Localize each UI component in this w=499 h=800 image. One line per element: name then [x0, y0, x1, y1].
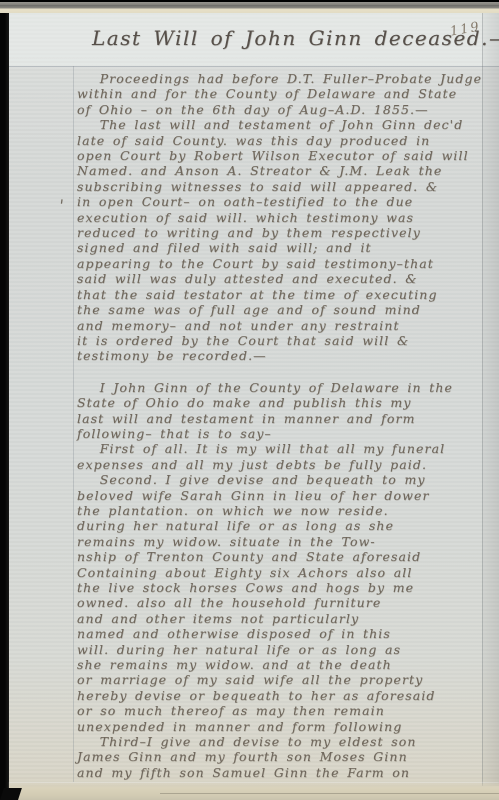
handwritten-line: reduced to writing and by them respectiv…: [77, 225, 491, 240]
handwritten-line: it is ordered by the Court that said wil…: [77, 333, 491, 348]
handwritten-line: Third–I give and devise to my eldest son: [77, 734, 491, 749]
handwritten-line: or so much thereof as may then remain: [77, 703, 491, 718]
handwritten-line: and memory– and not under any restraint: [77, 318, 491, 333]
handwritten-line: named and otherwise disposed of in this: [77, 626, 491, 641]
handwritten-line: and my fifth son Samuel Ginn the Farm on: [77, 765, 491, 780]
handwritten-line: signed and filed with said will; and it: [77, 240, 491, 255]
handwritten-line: following– that is to say–: [77, 426, 491, 441]
handwritten-line: the plantation. on which we now reside.: [77, 503, 491, 518]
handwritten-line: last will and testament in manner and fo…: [77, 411, 491, 426]
book-top-edge: [0, 0, 499, 13]
page-bottom-crease: [160, 793, 499, 794]
handwritten-line: the live stock horses Cows and hogs by m…: [77, 580, 491, 595]
page-bottom-edge: [9, 783, 499, 800]
handwritten-line: testimony be recorded.—: [77, 348, 491, 363]
handwritten-line: within and for the County of Delaware an…: [77, 86, 491, 101]
handwritten-line: or marriage of my said wife all the prop…: [77, 672, 491, 687]
handwritten-line: Proceedings had before D.T. Fuller–Proba…: [77, 71, 491, 86]
handwritten-line: of Ohio – on the 6th day of Aug–A.D. 185…: [77, 102, 491, 117]
handwritten-line: hereby devise or bequeath to her as afor…: [77, 688, 491, 703]
handwritten-line: nship of Trenton County and State afores…: [77, 549, 491, 564]
handwritten-line: First of all. It is my will that all my …: [77, 441, 491, 456]
handwritten-line: during her natural life or as long as sh…: [77, 518, 491, 533]
header-rule-line: [9, 66, 499, 67]
handwritten-line: beloved wife Sarah Ginn in lieu of her d…: [77, 488, 491, 503]
handwritten-line: will. during her natural life or as long…: [77, 642, 491, 657]
handwritten-line: in open Court– on oath–testified to the …: [77, 194, 491, 209]
handwritten-line: subscribing witnesses to said will appea…: [77, 179, 491, 194]
book-gutter-edge: [0, 0, 9, 800]
handwritten-line: open Court by Robert Wilson Executor of …: [77, 148, 491, 163]
handwritten-line: the same was of full age and of sound mi…: [77, 302, 491, 317]
handwritten-line: unexpended in manner and form following: [77, 719, 491, 734]
handwritten-line: that the said testator at the time of ex…: [77, 287, 491, 302]
handwritten-line: late of said County. was this day produc…: [77, 133, 491, 148]
handwritten-line: Named. and Anson A. Streator & J.M. Leak…: [77, 163, 491, 178]
handwritten-line: Containing about Eighty six Achors also …: [77, 565, 491, 580]
text-block: Proceedings had before D.T. Fuller–Proba…: [77, 71, 491, 780]
handwritten-line: Second. I give devise and bequeath to my: [77, 472, 491, 487]
handwritten-line: appearing to the Court by said testimony…: [77, 256, 491, 271]
handwritten-line: James Ginn and my fourth son Moses Ginn: [77, 749, 491, 764]
paragraph: Proceedings had before D.T. Fuller–Proba…: [77, 71, 491, 117]
paragraph: I John Ginn of the County of Delaware in…: [77, 380, 491, 781]
handwritten-line: and and other items not particularly: [77, 611, 491, 626]
handwritten-line: remains my widow. situate in the Tow-: [77, 534, 491, 549]
ledger-photo: 119 Last Will of John Ginn deceased.— ' …: [0, 0, 499, 800]
page-title: Last Will of John Ginn deceased.—: [92, 26, 499, 50]
handwritten-line: execution of said will. which testimony …: [77, 210, 491, 225]
handwritten-line: owned. also all the household furniture: [77, 595, 491, 610]
margin-rule-line: [73, 66, 74, 782]
paragraph: The last will and testament of John Ginn…: [77, 117, 491, 364]
handwritten-line: The last will and testament of John Ginn…: [77, 117, 491, 132]
handwritten-line: said will was duly attested and executed…: [77, 271, 491, 286]
handwritten-line: expenses and all my just debts be fully …: [77, 457, 491, 472]
handwritten-line: she remains my widow. and at the death: [77, 657, 491, 672]
handwritten-line: State of Ohio do make and publish this m…: [77, 395, 491, 410]
handwritten-line: I John Ginn of the County of Delaware in…: [77, 380, 491, 395]
